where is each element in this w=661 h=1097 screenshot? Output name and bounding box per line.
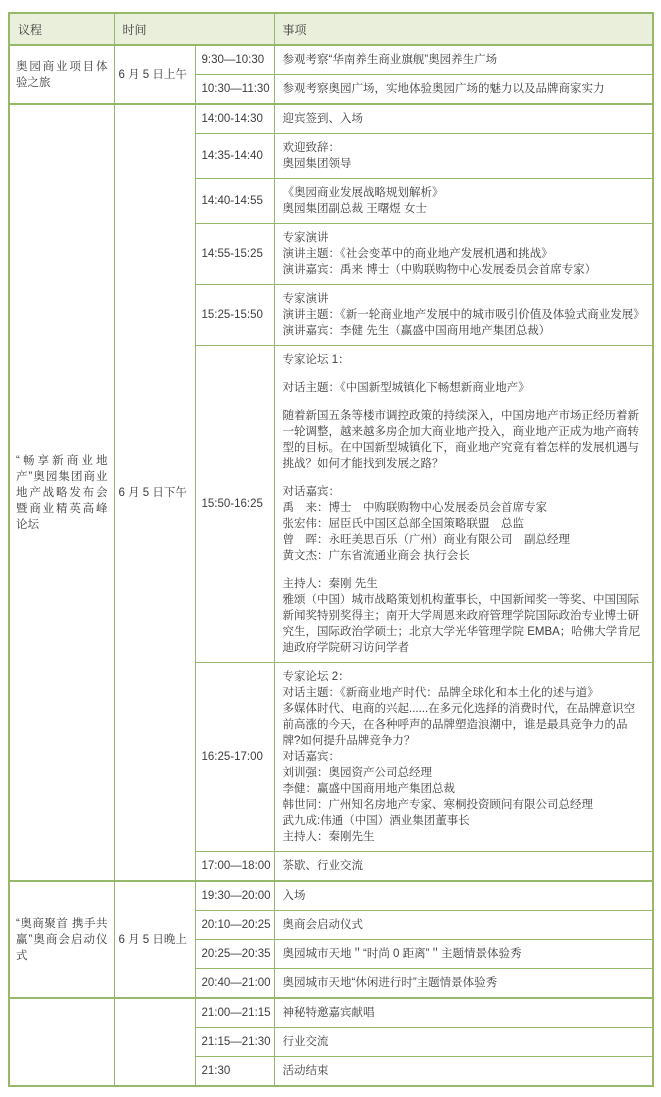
agenda-group-label xyxy=(9,998,114,1086)
item-line: 演讲主题：《新一轮商业地产发展中的城市吸引价值及体验式商业发展》 xyxy=(283,307,645,323)
item-cell: 参观考察“华南养生商业旗舰”奥园养生广场 xyxy=(274,45,653,75)
agenda-row: “奥商聚首 携手共赢”奥商会启动仪式6 月 5 日晚上19:30—20:00入场 xyxy=(9,881,653,911)
item-line: 奥园集团领导 xyxy=(283,156,645,172)
item-line: 专家演讲 xyxy=(283,230,645,246)
time-cell: 21:30 xyxy=(195,1057,274,1087)
agenda-group-label: 奥园商业项目体验之旅 xyxy=(9,45,114,104)
date-group-label xyxy=(114,998,195,1086)
time-cell: 16:25-17:00 xyxy=(195,663,274,852)
item-line: 主持人：秦刚先生 xyxy=(283,829,645,845)
item-line: 张宏伟：屈臣氏中国区总部全国策略联盟 总监 xyxy=(283,516,645,532)
item-line: 主持人：秦刚 先生 xyxy=(283,576,645,592)
item-line: 演讲嘉宾：禹来 博士（中购联购物中心发展委员会首席专家） xyxy=(283,262,645,278)
time-cell: 19:30—20:00 xyxy=(195,881,274,911)
item-cell: 奥商会启动仪式 xyxy=(274,911,653,940)
item-line: 活动结束 xyxy=(283,1063,645,1079)
item-line: 演讲主题：《社会变革中的商业地产发展机遇和挑战》 xyxy=(283,246,645,262)
item-line: 行业交流 xyxy=(283,1034,645,1050)
column-header-time: 时间 xyxy=(114,13,274,45)
item-line: 专家演讲 xyxy=(283,291,645,307)
item-line: 演讲嘉宾：李健 先生（赢盛中国商用地产集团总裁） xyxy=(283,323,645,339)
item-line: 对话嘉宾： xyxy=(283,749,645,765)
agenda-group-label: “畅享新商业地产”奥园集团商业地产战略发布会暨商业精英高峰论坛 xyxy=(9,104,114,881)
item-line: 神秘特邀嘉宾献唱 xyxy=(283,1005,645,1021)
item-line: 欢迎致辞： xyxy=(283,140,645,156)
item-line: 对话主题：《新商业地产时代：品牌全球化和本土化的述与道》 xyxy=(283,685,645,701)
item-line: 茶歇、行业交流 xyxy=(283,858,645,874)
item-line: 对话嘉宾： xyxy=(283,484,645,500)
item-line: 雅颂（中国）城市战略策划机构董事长，中国新闻奖一等奖、中国国际新闻奖特别奖得主；… xyxy=(283,592,645,656)
item-cell: 专家论坛 2：对话主题：《新商业地产时代：品牌全球化和本土化的述与道》多媒体时代… xyxy=(274,663,653,852)
time-cell: 17:00—18:00 xyxy=(195,852,274,882)
time-cell: 14:35-14:40 xyxy=(195,134,274,179)
time-cell: 14:00-14:30 xyxy=(195,104,274,134)
item-cell: 专家论坛 1：对话主题：《中国新型城镇化下畅想新商业地产》随着新国五条等楼市调控… xyxy=(274,346,653,663)
date-group-label: 6 月 5 日下午 xyxy=(114,104,195,881)
time-cell: 14:40-14:55 xyxy=(195,179,274,224)
item-line xyxy=(283,368,645,380)
item-line: 武九成:伟通（中国）酒业集团董事长 xyxy=(283,813,645,829)
agenda-row: 21:00—21:15神秘特邀嘉宾献唱 xyxy=(9,998,653,1028)
agenda-document: 议程 时间 事项 奥园商业项目体验之旅6 月 5 日上午9:30—10:30参观… xyxy=(0,0,661,1097)
item-line: 专家论坛 1： xyxy=(283,352,645,368)
item-cell: 行业交流 xyxy=(274,1028,653,1057)
item-cell: 参观考察奥园广场，实地体验奥园广场的魅力以及品牌商家实力 xyxy=(274,75,653,105)
agenda-row: “畅享新商业地产”奥园集团商业地产战略发布会暨商业精英高峰论坛6 月 5 日下午… xyxy=(9,104,653,134)
agenda-table-body: 奥园商业项目体验之旅6 月 5 日上午9:30—10:30参观考察“华南养生商业… xyxy=(9,45,653,1086)
item-cell: 茶歇、行业交流 xyxy=(274,852,653,882)
item-cell: 奥园城市天地“休闲进行时”主题情景体验秀 xyxy=(274,969,653,999)
time-cell: 21:00—21:15 xyxy=(195,998,274,1028)
item-line: 奥园城市天地＂“时尚 0 距离”＂主题情景体验秀 xyxy=(283,946,645,962)
time-cell: 20:40—21:00 xyxy=(195,969,274,999)
date-group-label: 6 月 5 日晚上 xyxy=(114,881,195,998)
item-line: 禹 来：博士 中购联购物中心发展委员会首席专家 xyxy=(283,500,645,516)
time-cell: 20:25—20:35 xyxy=(195,940,274,969)
item-line: 奥商会启动仪式 xyxy=(283,917,645,933)
item-cell: 专家演讲演讲主题：《社会变革中的商业地产发展机遇和挑战》演讲嘉宾：禹来 博士（中… xyxy=(274,224,653,285)
time-cell: 10:30—11:30 xyxy=(195,75,274,105)
item-cell: 迎宾签到、入场 xyxy=(274,104,653,134)
item-line: 《奥园商业发展战略规划解析》 xyxy=(283,185,645,201)
time-cell: 9:30—10:30 xyxy=(195,45,274,75)
item-cell: 神秘特邀嘉宾献唱 xyxy=(274,998,653,1028)
item-line: 黄文杰：广东省流通业商会 执行会长 xyxy=(283,548,645,564)
header-row: 议程 时间 事项 xyxy=(9,13,653,45)
time-cell: 15:50-16:25 xyxy=(195,346,274,663)
column-header-item: 事项 xyxy=(274,13,653,45)
item-cell: 奥园城市天地＂“时尚 0 距离”＂主题情景体验秀 xyxy=(274,940,653,969)
item-line: 曾 晖：永旺美思百乐（广州）商业有限公司 副总经理 xyxy=(283,532,645,548)
item-line: 奥园城市天地“休闲进行时”主题情景体验秀 xyxy=(283,975,645,991)
item-cell: 入场 xyxy=(274,881,653,911)
item-line xyxy=(283,396,645,408)
item-line: 对话主题：《中国新型城镇化下畅想新商业地产》 xyxy=(283,380,645,396)
item-line: 多媒体时代、电商的兴起......在多元化选择的消费时代，在品牌意识空前高涨的今… xyxy=(283,701,645,749)
item-line: 专家论坛 2： xyxy=(283,669,645,685)
item-line: 参观考察奥园广场，实地体验奥园广场的魅力以及品牌商家实力 xyxy=(283,81,645,97)
item-cell: 活动结束 xyxy=(274,1057,653,1087)
date-group-label: 6 月 5 日上午 xyxy=(114,45,195,104)
item-line xyxy=(283,564,645,576)
time-cell: 21:15—21:30 xyxy=(195,1028,274,1057)
item-line: 参观考察“华南养生商业旗舰”奥园养生广场 xyxy=(283,52,645,68)
item-line: 入场 xyxy=(283,888,645,904)
item-line: 韩世同：广州知名房地产专家、寒桐投资顾问有限公司总经理 xyxy=(283,797,645,813)
item-cell: 欢迎致辞：奥园集团领导 xyxy=(274,134,653,179)
item-line xyxy=(283,472,645,484)
item-line: 奥园集团副总裁 王曙煜 女士 xyxy=(283,201,645,217)
time-cell: 14:55-15:25 xyxy=(195,224,274,285)
item-line: 刘训强：奥园资产公司总经理 xyxy=(283,765,645,781)
item-cell: 《奥园商业发展战略规划解析》奥园集团副总裁 王曙煜 女士 xyxy=(274,179,653,224)
item-cell: 专家演讲演讲主题：《新一轮商业地产发展中的城市吸引价值及体验式商业发展》演讲嘉宾… xyxy=(274,285,653,346)
item-line: 迎宾签到、入场 xyxy=(283,111,645,127)
agenda-group-label: “奥商聚首 携手共赢”奥商会启动仪式 xyxy=(9,881,114,998)
agenda-table: 议程 时间 事项 奥园商业项目体验之旅6 月 5 日上午9:30—10:30参观… xyxy=(8,12,654,1087)
column-header-agenda: 议程 xyxy=(9,13,114,45)
agenda-row: 奥园商业项目体验之旅6 月 5 日上午9:30—10:30参观考察“华南养生商业… xyxy=(9,45,653,75)
item-line: 李健：赢盛中国商用地产集团总裁 xyxy=(283,781,645,797)
time-cell: 20:10—20:25 xyxy=(195,911,274,940)
item-line: 随着新国五条等楼市调控政策的持续深入，中国房地产市场正经历着新一轮调整，越来越多… xyxy=(283,408,645,472)
time-cell: 15:25-15:50 xyxy=(195,285,274,346)
